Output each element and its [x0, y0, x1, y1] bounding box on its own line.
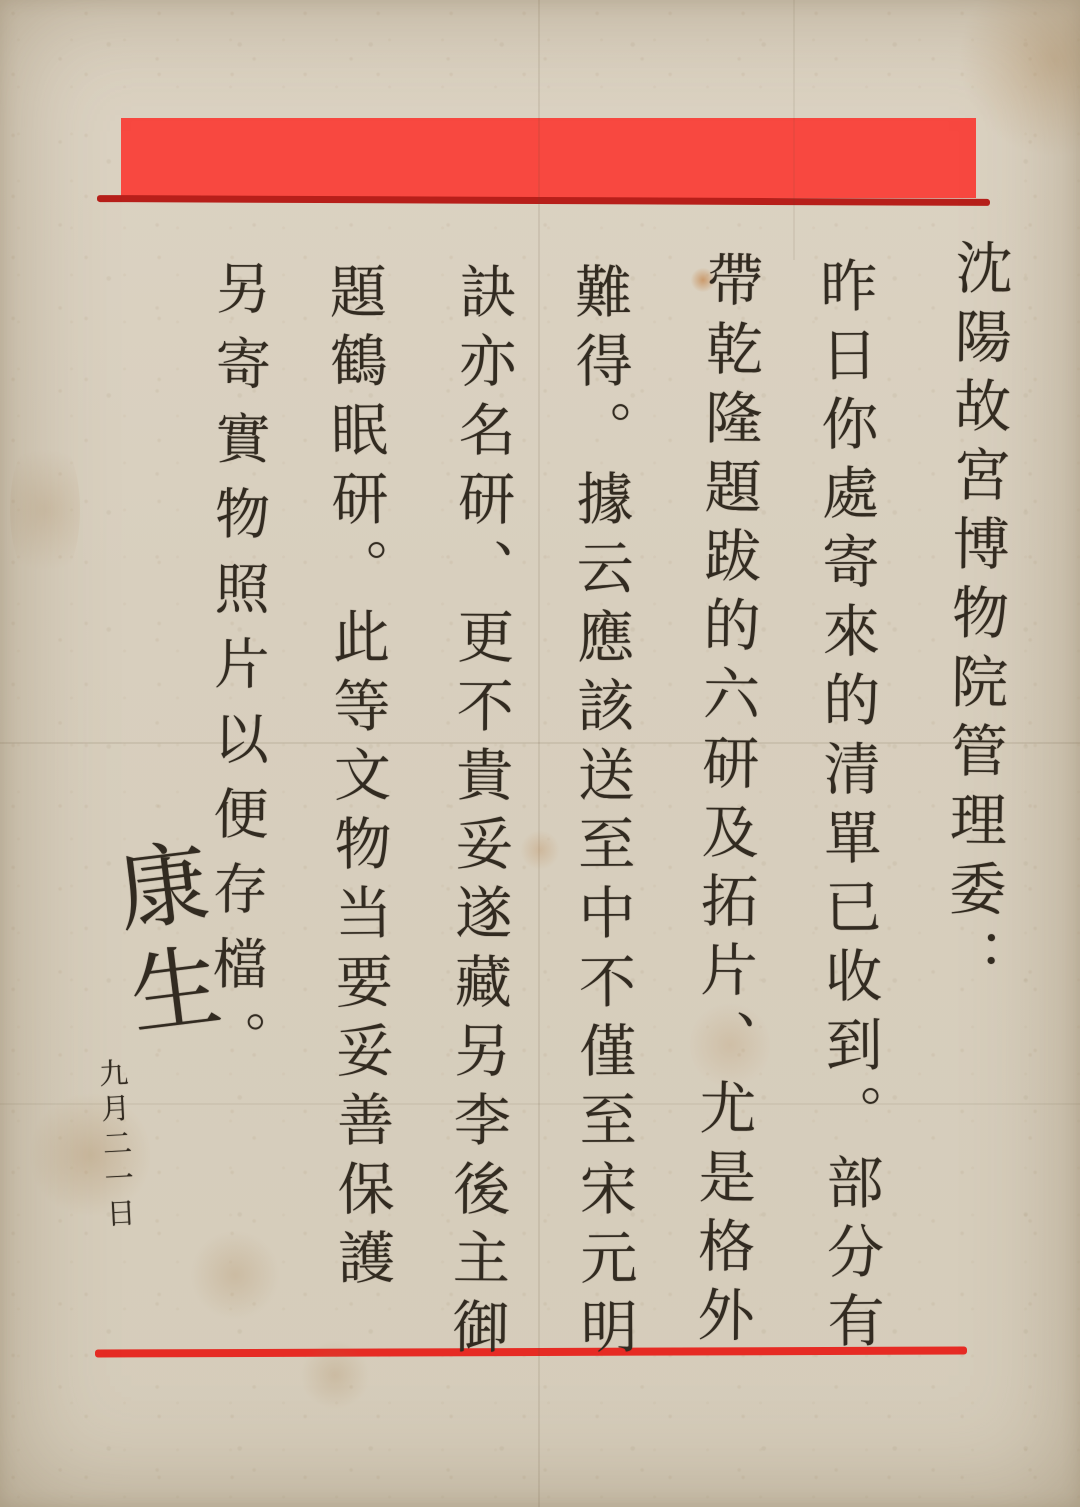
redaction-bar [121, 118, 976, 198]
paper-stain [960, 0, 1080, 160]
letter-column-6: 題鶴眠研。此等文物当要妥善保護 [320, 262, 395, 1298]
paper-stain [190, 1230, 280, 1320]
letter-column-2: 昨日你處寄來的清單已收到。部分有 [811, 256, 884, 1360]
letter-column-recipient: 沈陽故宮博物院管理委： [938, 238, 1011, 998]
horizontal-fold-crease [0, 1103, 1080, 1105]
letter-column-4: 難得。據云應該送至中不僅至宋元明 [566, 262, 637, 1366]
letter-column-5: 訣亦名研、更不貴妥遂藏另李後主御 [443, 262, 516, 1366]
letter-column-3: 帶乾隆題跋的六研及拓片、尤是格外 [688, 250, 763, 1355]
horizontal-fold-crease [0, 742, 1080, 744]
paper-stain [520, 830, 560, 870]
date: 九月二一日 [91, 1057, 141, 1234]
paper-stain [10, 430, 80, 590]
letter-page: 沈陽故宮博物院管理委： 昨日你處寄來的清單已收到。部分有 帶乾隆題跋的六研及拓片… [0, 0, 1080, 1507]
vertical-fold-crease [538, 0, 540, 1507]
signature: 康生 [84, 833, 238, 1055]
